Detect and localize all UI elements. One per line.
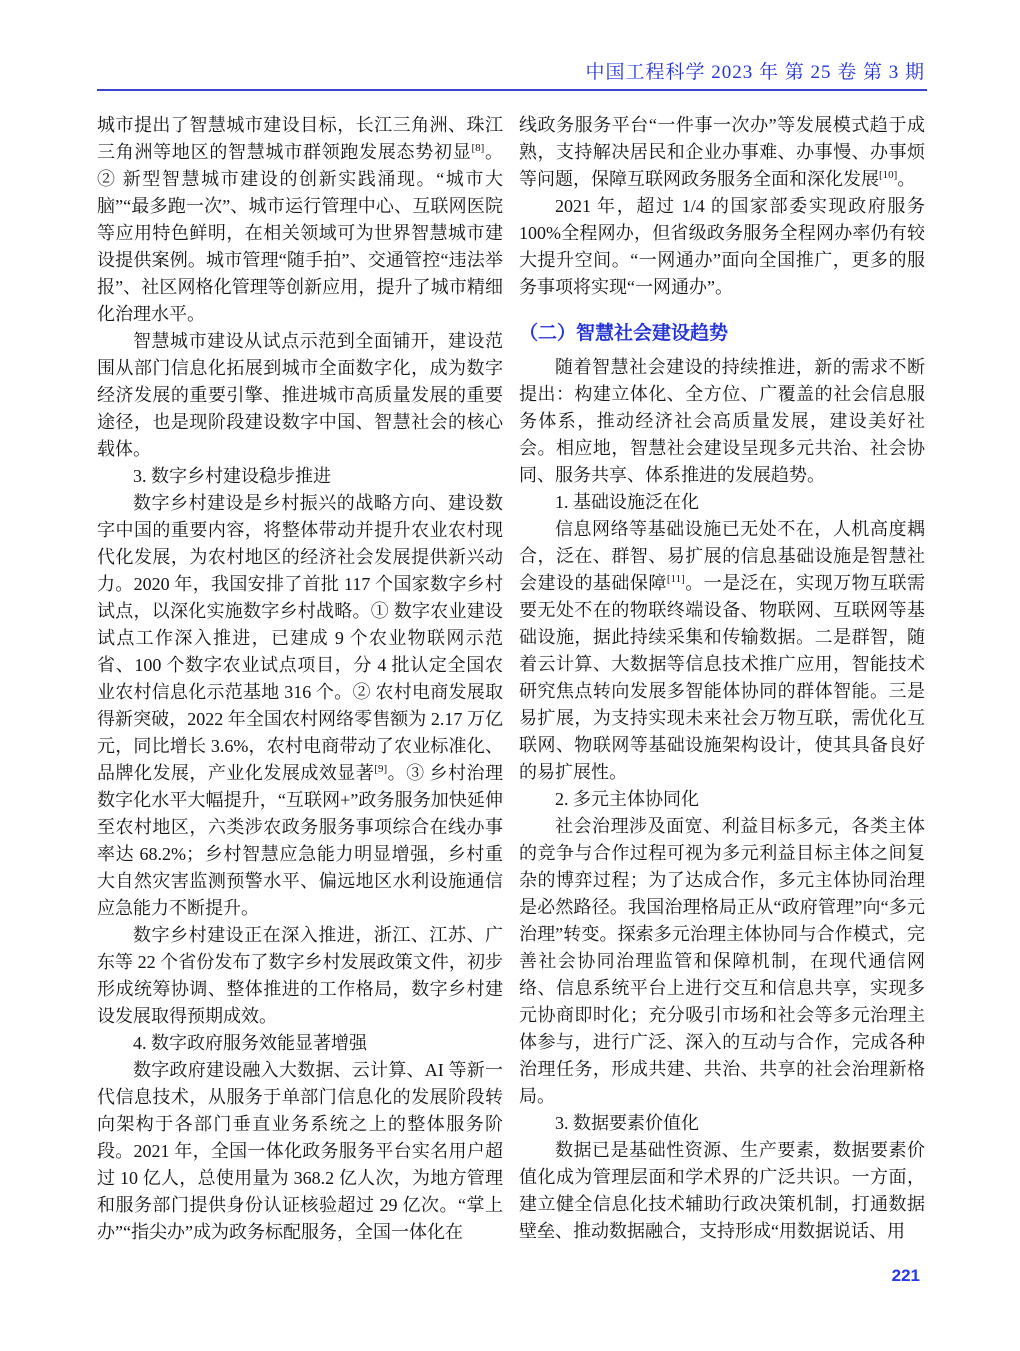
- paragraph: 数字政府建设融入大数据、云计算、AI 等新一代信息技术，从服务于单部门信息化的发…: [97, 1057, 503, 1246]
- subsection-heading: 1. 基础设施泛在化: [519, 489, 925, 516]
- left-column: 城市提出了智慧城市建设目标，长江三角洲、珠江三角洲等地区的智慧城市群领跑发展态势…: [97, 112, 503, 1246]
- subsection-heading: 3. 数据要素价值化: [519, 1110, 925, 1137]
- reference-marker: [11]: [667, 573, 685, 585]
- reference-marker: [8]: [471, 142, 484, 154]
- right-column: 线政务服务平台“一件事一次办”等发展模式趋于成熟，支持解决居民和企业办事难、办事…: [519, 112, 925, 1245]
- paragraph: 信息网络等基础设施已无处不在，人机高度耦合，泛在、群智、易扩展的信息基础设施是智…: [519, 516, 925, 786]
- paragraph: 数字乡村建设是乡村振兴的战略方向、建设数字中国的重要内容，将整体带动并提升农业农…: [97, 490, 503, 922]
- subsection-heading: 3. 数字乡村建设稳步推进: [97, 463, 503, 490]
- subsection-heading: 2. 多元主体协同化: [519, 786, 925, 813]
- reference-marker: [10]: [879, 169, 897, 181]
- section-heading: （二）智慧社会建设趋势: [519, 320, 925, 347]
- paragraph: 2021 年，超过 1/4 的国家部委实现政府服务100%全程网办，但省级政务服…: [519, 193, 925, 301]
- paragraph: 城市提出了智慧城市建设目标，长江三角洲、珠江三角洲等地区的智慧城市群领跑发展态势…: [97, 112, 503, 328]
- journal-title-line: 中国工程科学 2023 年 第 25 卷 第 3 期: [585, 62, 925, 83]
- reference-marker: [9]: [374, 763, 387, 775]
- paragraph: 随着智慧社会建设的持续推进，新的需求不断提出：构建立体化、全方位、广覆盖的社会信…: [519, 354, 925, 489]
- paragraph: 数字乡村建设正在深入推进，浙江、江苏、广东等 22 个省份发布了数字乡村发展政策…: [97, 922, 503, 1030]
- subsection-heading: 4. 数字政府服务效能显著增强: [97, 1030, 503, 1057]
- page-number: 221: [860, 1266, 920, 1286]
- paragraph: 社会治理涉及面宽、利益目标多元，各类主体的竞争与合作过程可视为多元利益目标主体之…: [519, 813, 925, 1110]
- header-rule: [97, 89, 927, 91]
- journal-page: 中国工程科学 2023 年 第 25 卷 第 3 期 城市提出了智慧城市建设目标…: [0, 0, 1020, 1351]
- paragraph: 线政务服务平台“一件事一次办”等发展模式趋于成熟，支持解决居民和企业办事难、办事…: [519, 112, 925, 193]
- journal-header: 中国工程科学 2023 年 第 25 卷 第 3 期: [97, 57, 925, 84]
- paragraph: 数据已是基础性资源、生产要素，数据要素价值化成为管理层面和学术界的广泛共识。一方…: [519, 1137, 925, 1245]
- paragraph: 智慧城市建设从试点示范到全面铺开，建设范围从部门信息化拓展到城市全面数字化，成为…: [97, 328, 503, 463]
